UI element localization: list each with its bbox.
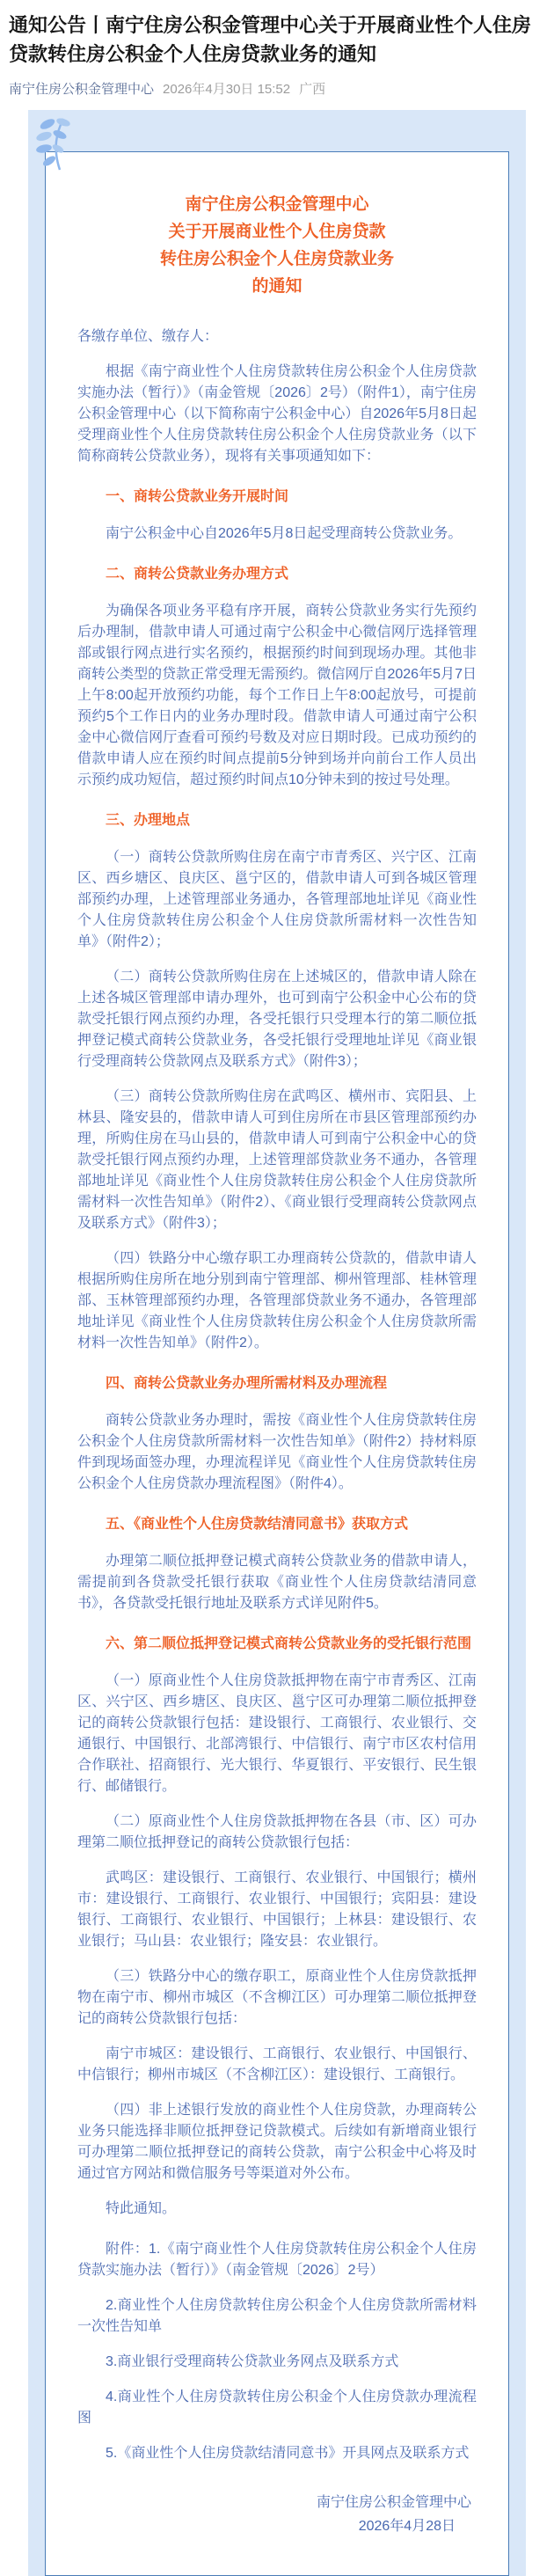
official-account-link[interactable]: 南宁住房公积金管理中心 [9, 79, 154, 98]
paragraph: （一）商转公贷款所购住房在南宁市青秀区、兴宁区、江南区、西乡塘区、良庆区、邕宁区… [77, 847, 477, 953]
paragraph: 为确保各项业务平稳有序开展，商转公贷款业务实行先预约后办理制，借款申请人可通过南… [77, 601, 477, 791]
notice-title: 南宁住房公积金管理中心 关于开展商业性个人住房贷款 转住房公积金个人住房贷款业务… [77, 191, 477, 300]
paragraph: （四）铁路分中心缴存职工办理商转公贷款的，借款申请人根据所购住房所在地分别到南宁… [77, 1248, 477, 1354]
section-heading: 二、商转公贷款业务办理方式 [77, 564, 477, 585]
notice-background-band: 南宁住房公积金管理中心 关于开展商业性个人住房贷款 转住房公积金个人住房贷款业务… [28, 110, 526, 2576]
paragraph: 商转公贷款业务办理时，需按《商业性个人住房贷款转住房公积金个人住房贷款所需材料一… [77, 1410, 477, 1495]
notice-card: 南宁住房公积金管理中心 关于开展商业性个人住房贷款 转住房公积金个人住房贷款业务… [45, 151, 509, 2576]
publish-datetime: 2026年4月30日 15:52 [163, 79, 290, 98]
signature-block: 南宁住房公积金管理中心 2026年4月28日 [77, 2491, 477, 2538]
section-heading: 五、《商业性个人住房贷款结清同意书》获取方式 [77, 1514, 477, 1535]
signature-org: 南宁住房公积金管理中心 [77, 2491, 477, 2514]
attachment-item: 5.《商业性个人住房贷款结清同意书》开具网点及联系方式 [77, 2443, 477, 2464]
attachment-item: 2.商业性个人住房贷款转住房公积金个人住房贷款所需材料一次性告知单 [77, 2295, 477, 2338]
article-title: 通知公告丨南宁住房公积金管理中心关于开展商业性个人住房贷款转住房公积金个人住房贷… [9, 11, 545, 69]
signature-date: 2026年4月28日 [77, 2514, 477, 2538]
section-heading: 一、商转公贷款业务开展时间 [77, 487, 477, 508]
paragraph: （四）非上述银行发放的商业性个人住房贷款，办理商转公业务只能选择非顺位抵押登记贷… [77, 2100, 477, 2184]
paragraph: 南宁公积金中心自2026年5月8日起受理商转公贷款业务。 [77, 523, 477, 545]
section-heading: 四、商转公贷款业务办理所需材料及办理流程 [77, 1373, 477, 1394]
section-heading: 三、办理地点 [77, 810, 477, 831]
attachment-item: 3.商业银行受理商转公贷款业务网点及联系方式 [77, 2352, 477, 2373]
section-heading: 六、第二顺位抵押登记模式商转公贷款业务的受托银行范围 [77, 1634, 477, 1655]
paragraph: 南宁市城区：建设银行、工商银行、农业银行、中国银行、中信银行；柳州市城区（不含柳… [77, 2044, 477, 2086]
paragraph: 根据《南宁商业性个人住房贷款转住房公积金个人住房贷款实施办法（暂行）》（南金管规… [77, 362, 477, 467]
byline: 南宁住房公积金管理中心 2026年4月30日 15:52 广西 [9, 79, 545, 98]
attachment-item: 附件：1.《南宁商业性个人住房贷款转住房公积金个人住房贷款实施办法（暂行）》（南… [77, 2239, 477, 2281]
notice-title-line: 关于开展商业性个人住房贷款 [77, 218, 477, 245]
closing-statement: 特此通知。 [77, 2199, 477, 2220]
paragraph: （二）商转公贷款所购住房在上述城区的，借款申请人除在上述各城区管理部申请办理外，… [77, 967, 477, 1072]
paragraph: 办理第二顺位抵押登记模式商转公贷款业务的借款申请人，需提前到各贷款受托银行获取《… [77, 1551, 477, 1614]
paragraph: 武鸣区：建设银行、工商银行、农业银行、中国银行；横州市：建设银行、工商银行、农业… [77, 1868, 477, 1952]
attachment-item: 4.商业性个人住房贷款转住房公积金个人住房贷款办理流程图 [77, 2387, 477, 2429]
paragraph: （二）原商业性个人住房贷款抵押物在各县（市、区）可办理第二顺位抵押登记的商转公贷… [77, 1811, 477, 1854]
notice-title-line: 转住房公积金个人住房贷款业务 [77, 245, 477, 273]
paragraph: （三）铁路分中心的缴存职工，原商业性个人住房贷款抵押物在南宁市、柳州市城区（不含… [77, 1966, 477, 2030]
article-header: 通知公告丨南宁住房公积金管理中心关于开展商业性个人住房贷款转住房公积金个人住房贷… [0, 0, 554, 98]
leaf-branch-icon [33, 115, 74, 173]
salutation: 各缴存单位、缴存人： [77, 326, 477, 348]
notice-title-line: 的通知 [77, 273, 477, 300]
paragraph: （三）商转公贷款所购住房在武鸣区、横州市、宾阳县、上林县、隆安县的，借款申请人可… [77, 1087, 477, 1234]
publish-location: 广西 [299, 79, 325, 98]
attachments-list: 附件：1.《南宁商业性个人住房贷款转住房公积金个人住房贷款实施办法（暂行）》（南… [77, 2239, 477, 2464]
paragraph: （一）原商业性个人住房贷款抵押物在南宁市青秀区、江南区、兴宁区、西乡塘区、良庆区… [77, 1671, 477, 1797]
notice-title-line: 南宁住房公积金管理中心 [77, 191, 477, 218]
